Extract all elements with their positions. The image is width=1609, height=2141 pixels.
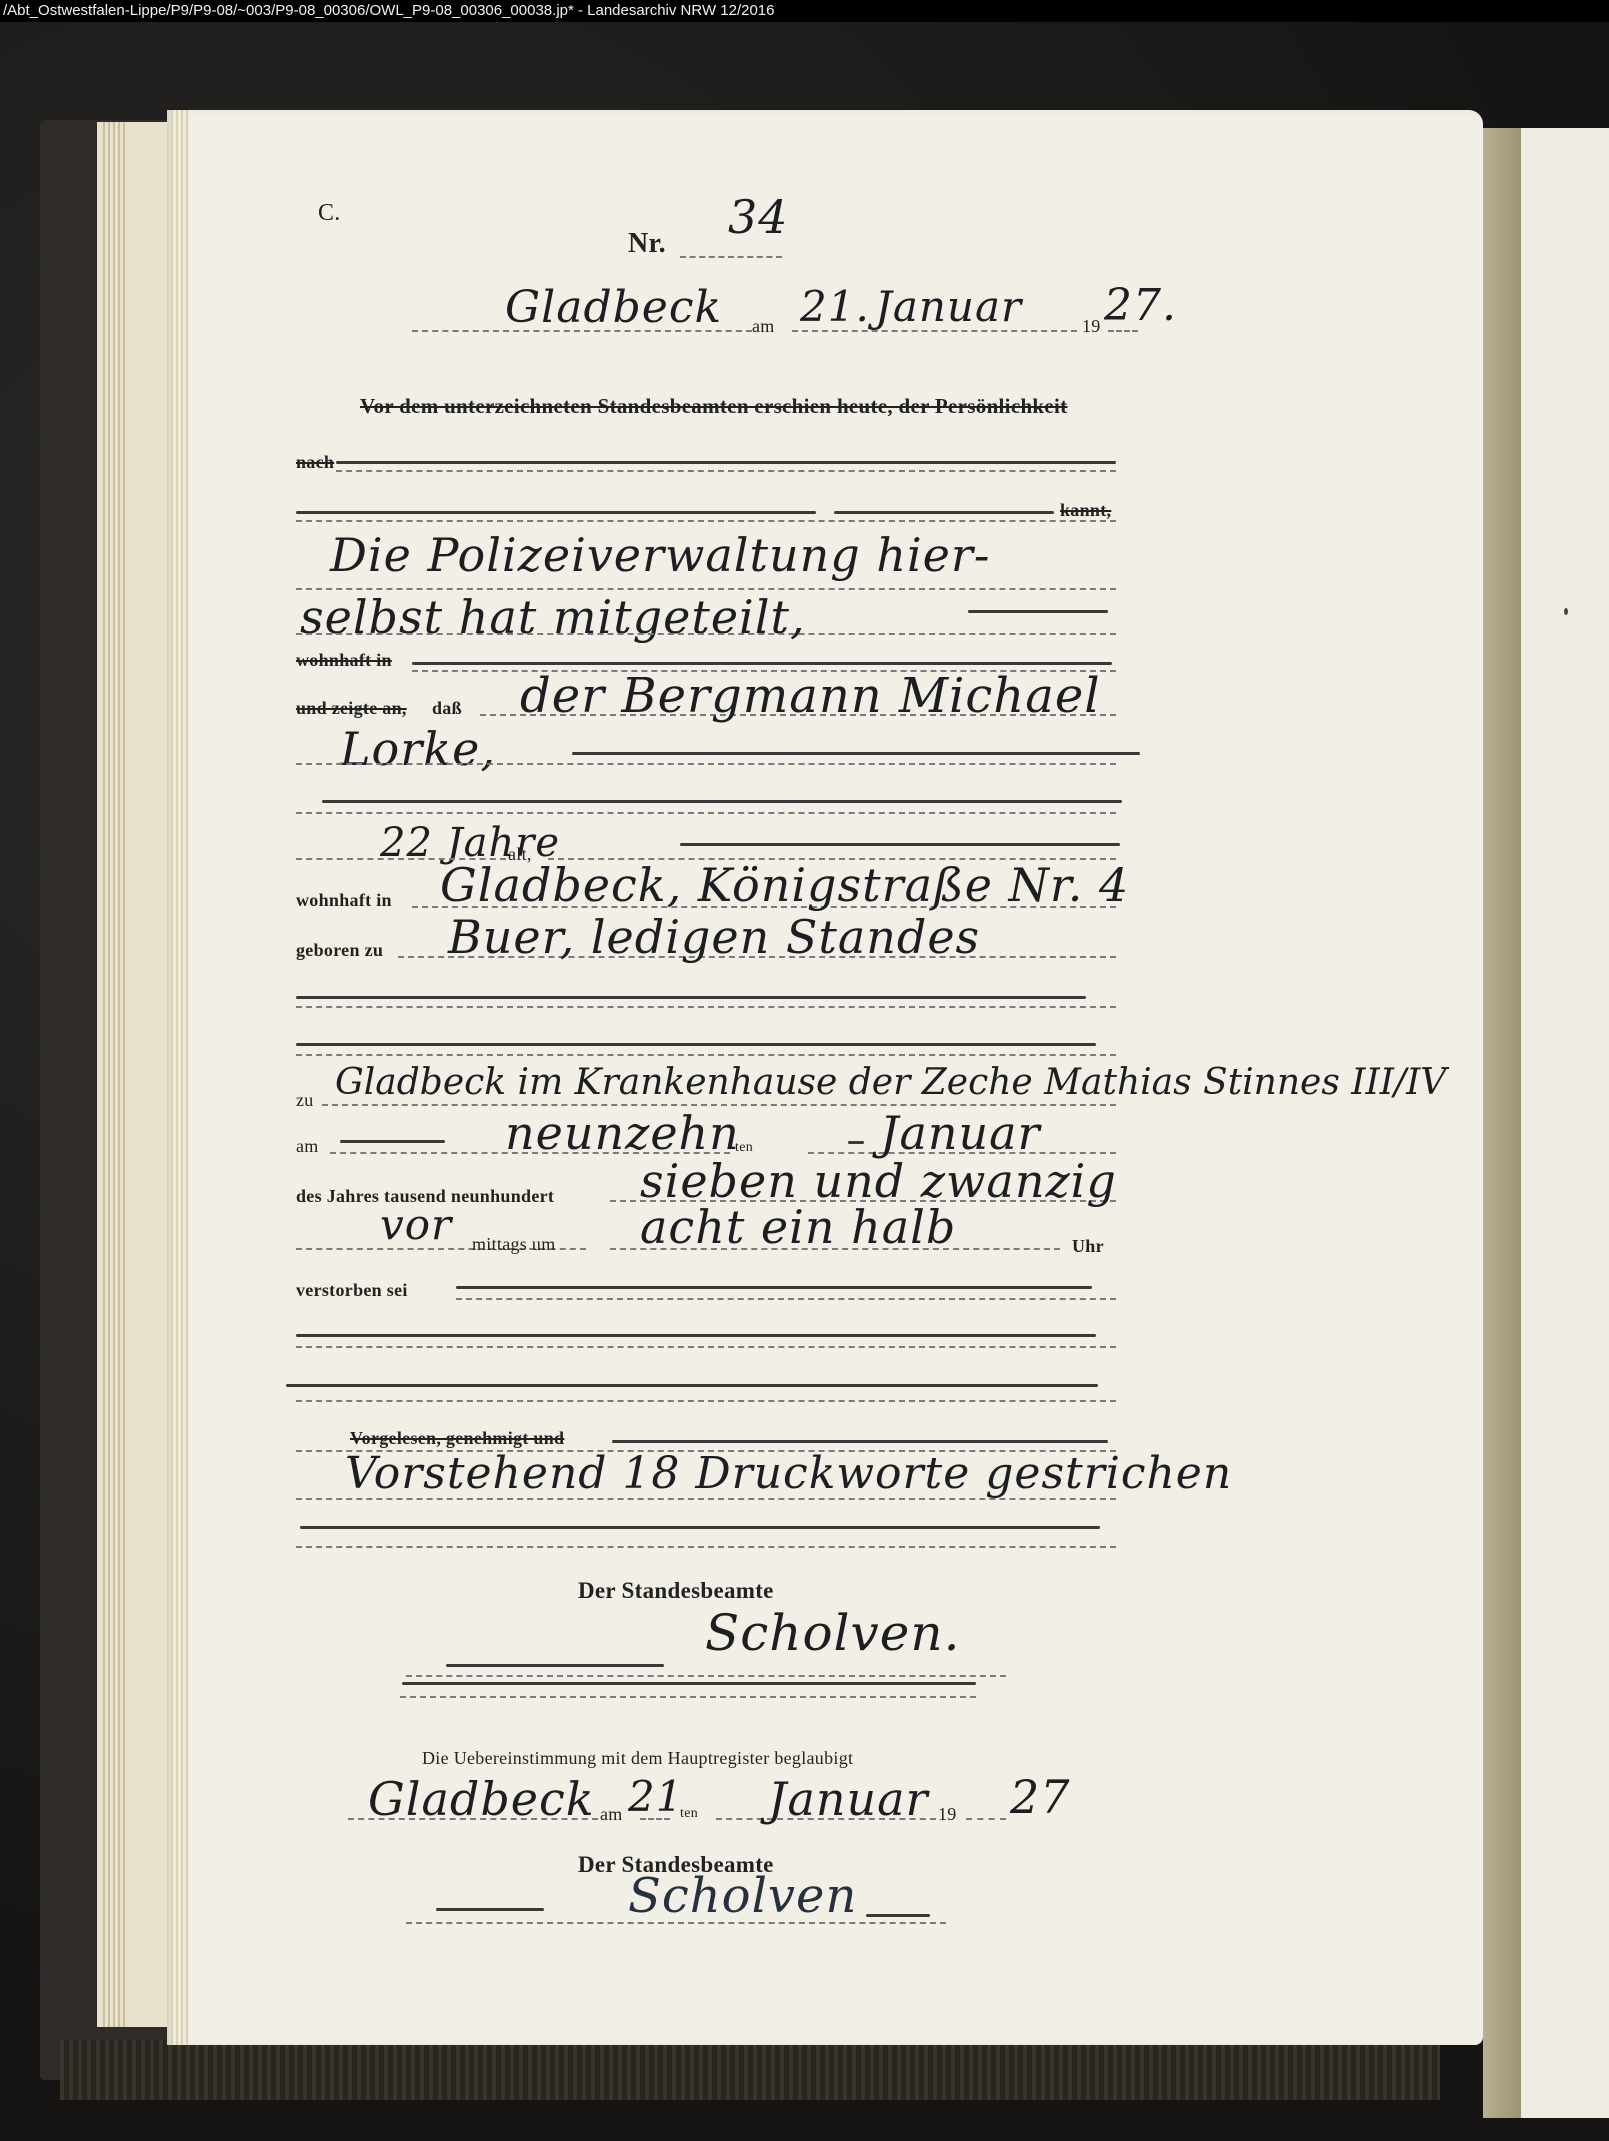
page-edge-texture xyxy=(171,110,189,2045)
strike-rule xyxy=(340,1140,445,1143)
fill-line xyxy=(296,633,1116,635)
am2-label: am xyxy=(296,1136,319,1157)
fill-line xyxy=(966,1818,1006,1820)
informant-line-1: Die Polizeiverwaltung hier- xyxy=(330,528,990,582)
nr-label: Nr. xyxy=(628,228,666,260)
window-title-bar: /Abt_Ostwestfalen-Lippe/P9/P9-08/~003/P9… xyxy=(0,0,1609,22)
strike-rule xyxy=(456,1286,1092,1289)
signature-line xyxy=(406,1675,1006,1677)
strike-rule xyxy=(296,1334,1096,1337)
cert-year-prefix: 19 xyxy=(938,1804,957,1825)
signature-registrar: Scholven. xyxy=(705,1604,960,1662)
page-stack-left xyxy=(97,122,169,2027)
standesbeamte-label: Der Standesbeamte xyxy=(578,1578,774,1604)
deceased-line-1: der Bergmann Michael xyxy=(520,668,1101,724)
cert-year: 27 xyxy=(1010,1770,1071,1824)
strike-rule xyxy=(296,996,1086,999)
death-day-value: neunzehn xyxy=(505,1106,740,1160)
record-number: 34 xyxy=(728,190,789,244)
mittags-label: mittags um xyxy=(472,1234,556,1255)
window-title: /Abt_Ostwestfalen-Lippe/P9/P9-08/~003/P9… xyxy=(3,2,775,19)
fill-line xyxy=(296,1006,1116,1008)
year-prefix: 19 xyxy=(1082,316,1101,337)
ink-speck xyxy=(1564,608,1568,615)
signature-certifier: Scholven xyxy=(628,1868,857,1924)
book-cover-edge xyxy=(60,2040,1440,2100)
informant-line-2: selbst hat mitgeteilt, xyxy=(300,590,806,644)
death-place-value: Gladbeck im Krankenhause der Zeche Mathi… xyxy=(335,1062,1446,1103)
facing-page xyxy=(1521,128,1609,2118)
fill-line xyxy=(296,1400,1116,1402)
strike-rule xyxy=(612,1440,1108,1443)
book-gutter xyxy=(1483,128,1521,2118)
register-day: 21. xyxy=(800,282,870,331)
geboren-label: geboren zu xyxy=(296,940,383,961)
strike-rule xyxy=(572,752,1140,755)
strike-rule xyxy=(968,610,1108,613)
am-label: am xyxy=(752,316,775,337)
strike-rule xyxy=(680,843,1120,846)
vorgelesen-struck: Vorgelesen, genehmigt und xyxy=(350,1428,564,1449)
strike-rule xyxy=(402,1682,976,1685)
strike-rule xyxy=(336,461,1116,464)
fill-line xyxy=(296,763,1116,765)
correction-note: Vorstehend 18 Druckworte gestrichen xyxy=(345,1448,1232,1499)
kannt-struck: kannt, xyxy=(1060,500,1111,521)
intro-struck: Vor dem unterzeichneten Standesbeamten e… xyxy=(360,394,1067,419)
register-year: 27. xyxy=(1104,280,1177,331)
residence-value: Gladbeck, Königstraße Nr. 4 xyxy=(440,858,1129,912)
strike-rule xyxy=(296,511,816,514)
strike-rule xyxy=(300,1526,1100,1529)
strike-rule xyxy=(412,662,1112,665)
strike-rule xyxy=(848,1141,864,1144)
cert-month: Januar xyxy=(768,1772,929,1826)
register-place: Gladbeck xyxy=(505,282,722,333)
cert-ten-label: ten xyxy=(680,1806,698,1822)
strike-rule xyxy=(286,1384,1098,1387)
deceased-line-2: Lorke, xyxy=(340,722,496,776)
strike-rule xyxy=(866,1914,930,1917)
strike-rule xyxy=(834,511,1054,514)
fill-line xyxy=(456,1298,1116,1300)
strike-rule xyxy=(446,1664,664,1667)
series-letter: C. xyxy=(318,200,341,227)
nr-line xyxy=(680,256,782,258)
fill-line xyxy=(296,1546,1116,1548)
certification-label: Die Uebereinstimmung mit dem Hauptregist… xyxy=(422,1748,853,1769)
cert-day: 21 xyxy=(628,1772,683,1821)
zeigte-struck: und zeigte an, xyxy=(296,698,407,719)
fill-line xyxy=(296,812,1116,814)
wohnhaft-struck: wohnhaft in xyxy=(296,650,392,671)
fill-line xyxy=(296,1498,1116,1500)
dass-label: daß xyxy=(432,698,462,719)
verstorben-label: verstorben sei xyxy=(296,1280,408,1301)
nach-mittag-value: vor xyxy=(380,1200,452,1249)
fill-line xyxy=(336,470,1116,472)
strike-rule xyxy=(322,800,1122,803)
fill-line xyxy=(296,1346,1116,1348)
death-time-value: acht ein halb xyxy=(640,1200,956,1254)
fill-line xyxy=(296,520,1116,522)
uhr-label: Uhr xyxy=(1072,1236,1104,1257)
signature-line xyxy=(400,1696,976,1698)
wohnhaft-label: wohnhaft in xyxy=(296,890,392,911)
strike-rule xyxy=(296,1043,1096,1046)
birthplace-value: Buer, ledigen Standes xyxy=(448,910,980,964)
cert-am-label: am xyxy=(600,1804,623,1825)
death-month-value: Januar xyxy=(880,1106,1041,1160)
nach-struck: nach xyxy=(296,452,334,473)
cert-place: Gladbeck xyxy=(368,1772,595,1826)
fill-line xyxy=(296,1054,1116,1056)
strike-rule xyxy=(436,1908,544,1911)
register-month: Januar xyxy=(875,282,1022,331)
zu-label: zu xyxy=(296,1090,314,1111)
